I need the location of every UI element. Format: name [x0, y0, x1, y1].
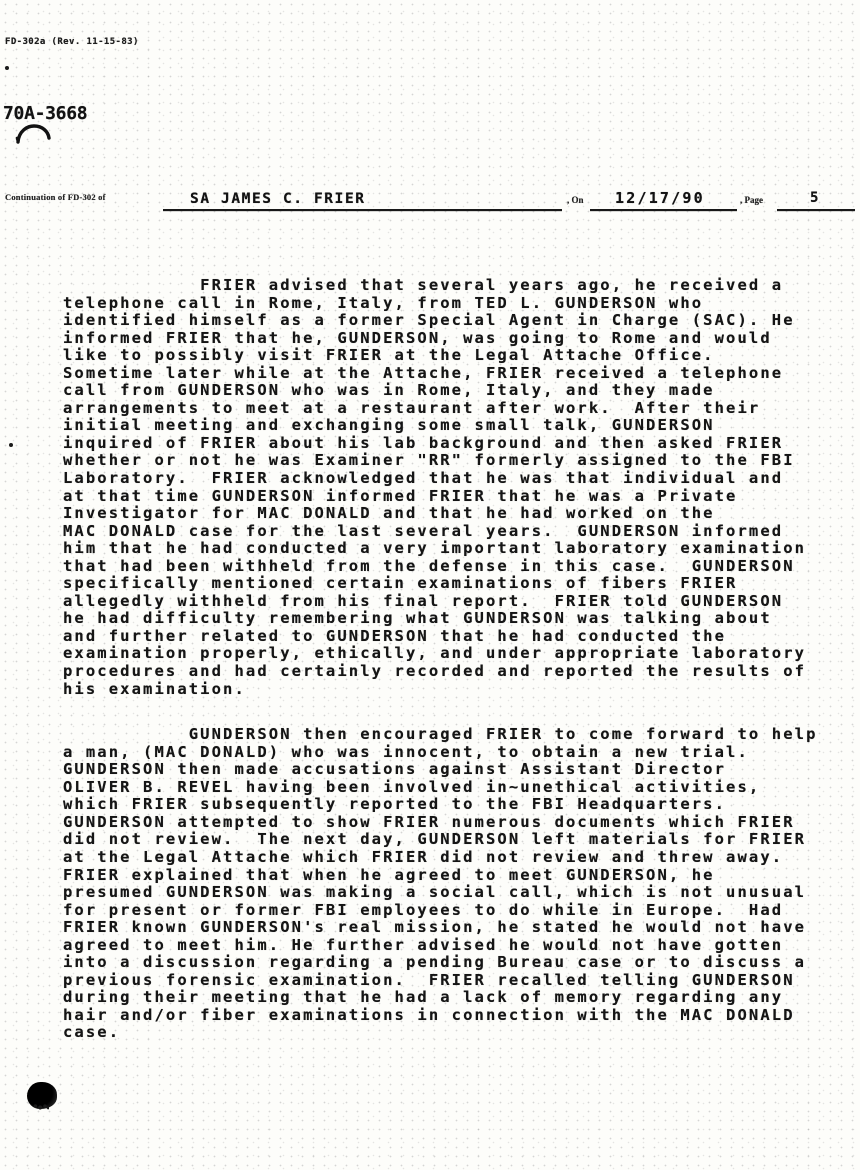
paragraph-1: FRIER advised that several years ago, he… [63, 277, 818, 698]
page-number-underline [777, 209, 855, 211]
date-value: 12/17/90 [615, 190, 705, 207]
page-number: 5 [810, 190, 818, 206]
paragraph-2: GUNDERSON then encouraged FRIER to come … [63, 726, 818, 1042]
page-label: , Page [740, 195, 763, 206]
document-body: FRIER advised that several years ago, he… [63, 277, 818, 1042]
stray-dot-middle [9, 443, 13, 447]
document-page: FD-302a (Rev. 11-15-83) 70A-3668 Continu… [0, 0, 860, 1170]
on-label: , On [567, 195, 584, 206]
form-number: FD-302a (Rev. 11-15-83) [5, 37, 139, 48]
date-underline [590, 209, 737, 211]
stray-dot-top [5, 66, 9, 70]
agent-name-underline [163, 209, 562, 211]
ink-smudge [27, 1082, 57, 1109]
file-number: 70A-3668 [3, 104, 87, 124]
continuation-label: Continuation of FD-302 of [5, 192, 106, 203]
pen-arc-mark [15, 123, 53, 145]
agent-name: SA JAMES C. FRIER [190, 191, 366, 207]
